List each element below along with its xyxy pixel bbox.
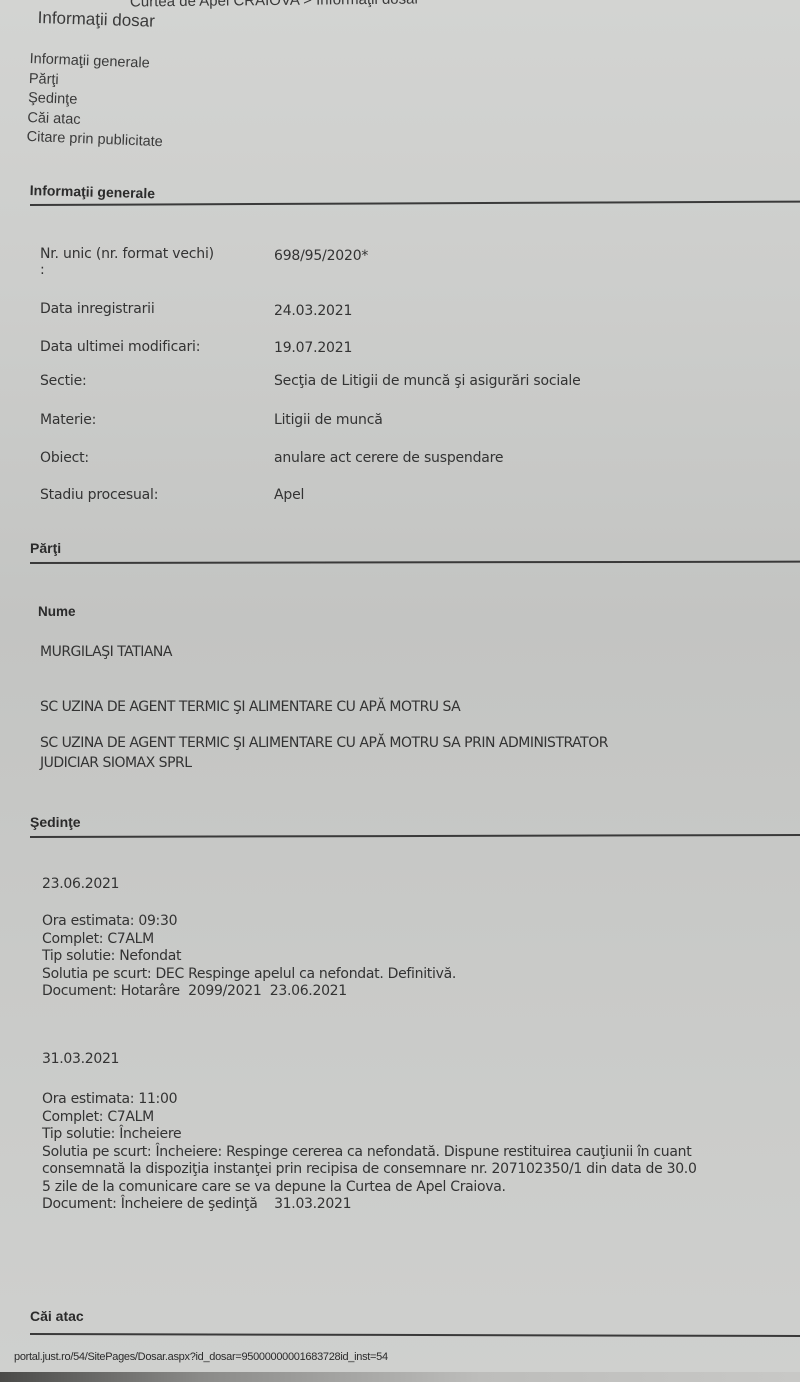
field-value-case-number: 698/95/2020* <box>274 248 368 264</box>
hearing-solution-summary-continued: 5 zile de la comunicare care se va depun… <box>42 1179 697 1197</box>
section-divider <box>30 834 800 838</box>
hearing-solution-summary: Solutia pe scurt: DEC Respinge apelul ca… <box>42 966 456 984</box>
hearing-document: Document: Încheiere de şedinţă 31.03.202… <box>42 1196 697 1214</box>
section-header-hearings: Şedinţe <box>30 814 81 830</box>
field-value-last-modified: 19.07.2021 <box>274 340 352 356</box>
field-label-section: Sectie: <box>40 373 87 389</box>
hearing-date: 31.03.2021 <box>42 1051 119 1069</box>
field-label-object: Obiect: <box>40 450 89 466</box>
page-title: Informaţii dosar <box>37 8 155 32</box>
field-value-stage: Apel <box>274 487 304 503</box>
party-name: SC UZINA DE AGENT TERMIC ŞI ALIMENTARE C… <box>40 735 608 751</box>
field-value-matter: Litigii de muncă <box>274 412 383 428</box>
party-name-continuation: JUDICIAR SIOMAX SPRL <box>40 755 192 771</box>
hearing-details: Ora estimata: 11:00 Complet: C7ALM Tip s… <box>42 1091 697 1214</box>
field-label-matter: Materie: <box>40 412 96 428</box>
section-divider <box>30 201 800 206</box>
hearing-solution-summary: Solutia pe scurt: Încheiere: Respinge ce… <box>42 1144 697 1162</box>
field-value-registration-date: 24.03.2021 <box>274 303 352 319</box>
table-of-contents: Informaţii generale Părţi Şedinţe Căi at… <box>26 50 166 153</box>
field-label-stage: Stadiu procesual: <box>40 487 158 503</box>
hearing-panel: Complet: C7ALM <box>42 1109 697 1127</box>
hearing-panel: Complet: C7ALM <box>42 931 456 949</box>
field-label-registration-date: Data inregistrarii <box>40 301 155 317</box>
field-label-colon: : <box>40 262 45 278</box>
field-value-section: Secţia de Litigii de muncă şi asigurări … <box>274 373 581 389</box>
hearing-document: Document: Hotarâre 2099/2021 23.06.2021 <box>42 983 456 1001</box>
hearing-solution-type: Tip solutie: Nefondat <box>42 948 456 966</box>
section-divider <box>30 561 800 564</box>
section-header-appeals: Căi atac <box>30 1308 84 1324</box>
hearing-estimated-time: Ora estimata: 11:00 <box>42 1091 697 1109</box>
parties-column-header: Nume <box>38 604 76 619</box>
section-header-general: Informaţii generale <box>30 182 156 201</box>
hearing-solution-summary-continued: consemnată la dispoziţia instanţei prin … <box>42 1161 697 1179</box>
field-label-last-modified: Data ultimei modificari: <box>40 339 200 355</box>
section-divider <box>30 1333 800 1337</box>
section-header-parties: Părţi <box>30 540 61 556</box>
hearing-details: Ora estimata: 09:30 Complet: C7ALM Tip s… <box>42 913 456 1001</box>
breadcrumb[interactable]: Curtea de Apel CRAIOVA > Informaţii dosa… <box>130 0 420 11</box>
hearing-solution-type: Tip solutie: Încheiere <box>42 1126 697 1144</box>
toc-item-publicity[interactable]: Citare prin publicitate <box>26 128 163 153</box>
field-value-object: anulare act cerere de suspendare <box>274 450 503 466</box>
hearing-date: 23.06.2021 <box>42 876 119 894</box>
field-label-case-number: Nr. unic (nr. format vechi) <box>40 246 214 262</box>
party-name: SC UZINA DE AGENT TERMIC ŞI ALIMENTARE C… <box>40 699 460 715</box>
hearing-estimated-time: Ora estimata: 09:30 <box>42 913 456 931</box>
party-name: MURGILAŞI TATIANA <box>40 644 172 660</box>
print-footer-url: portal.just.ro/54/SitePages/Dosar.aspx?i… <box>14 1351 388 1363</box>
page-edge-shadow <box>0 1372 800 1382</box>
